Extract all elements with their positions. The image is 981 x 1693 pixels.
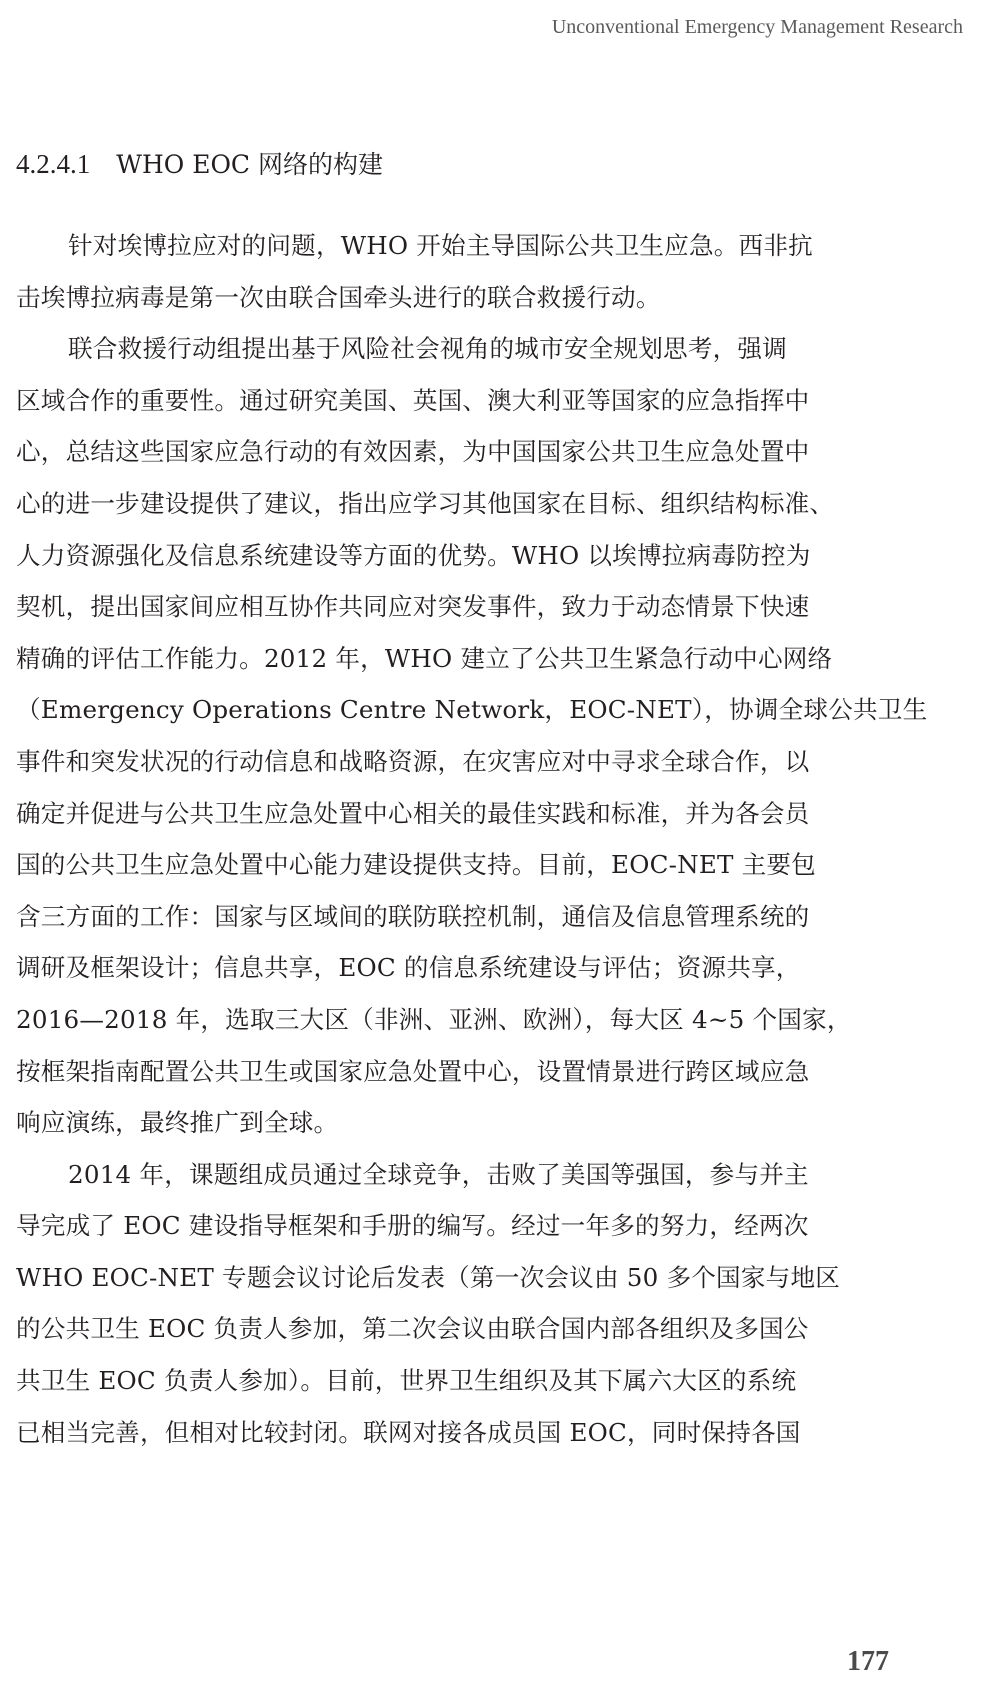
section-number: 4.2.4.1	[16, 149, 90, 179]
paragraph-line: 2014 年，课题组成员通过全球竞争，击败了美国等强国，参与并主	[16, 1149, 966, 1201]
paragraph-line: 的公共卫生 EOC 负责人参加，第二次会议由联合国内部各组织及多国公	[16, 1303, 966, 1355]
paragraph-line: 击埃博拉病毒是第一次由联合国牵头进行的联合救援行动。	[16, 272, 966, 324]
paragraph-line: 人力资源强化及信息系统建设等方面的优势。WHO 以埃博拉病毒防控为	[16, 530, 966, 582]
paragraph-line: 心的进一步建设提供了建议，指出应学习其他国家在目标、组织结构标准、	[16, 478, 966, 530]
paragraph-line: （Emergency Operations Centre Network，EOC…	[16, 684, 966, 736]
paragraph-line: 国的公共卫生应急处置中心能力建设提供支持。目前，EOC-NET 主要包	[16, 839, 966, 891]
paragraph-line: 2016—2018 年，选取三大区（非洲、亚洲、欧洲），每大区 4~5 个国家，	[16, 994, 966, 1046]
paragraph-line: 按框架指南配置公共卫生或国家应急处置中心，设置情景进行跨区域应急	[16, 1046, 966, 1098]
body-text: 针对埃博拉应对的问题，WHO 开始主导国际公共卫生应急。西非抗 击埃博拉病毒是第…	[16, 220, 966, 1458]
paragraph-line: 确定并促进与公共卫生应急处置中心相关的最佳实践和标准，并为各会员	[16, 788, 966, 840]
page-number: 177	[847, 1646, 889, 1678]
paragraph-line: 导完成了 EOC 建设指导框架和手册的编写。经过一年多的努力，经两次	[16, 1200, 966, 1252]
running-header: Unconventional Emergency Management Rese…	[552, 16, 963, 39]
paragraph-line: WHO EOC-NET 专题会议讨论后发表（第一次会议由 50 多个国家与地区	[16, 1252, 966, 1304]
paragraph-line: 精确的评估工作能力。2012 年，WHO 建立了公共卫生紧急行动中心网络	[16, 633, 966, 685]
paragraph-line: 心，总结这些国家应急行动的有效因素，为中国国家公共卫生应急处置中	[16, 426, 966, 478]
paragraph-line: 契机，提出国家间应相互协作共同应对突发事件，致力于动态情景下快速	[16, 581, 966, 633]
paragraph-line: 已相当完善，但相对比较封闭。联网对接各成员国 EOC，同时保持各国	[16, 1407, 966, 1459]
section-heading: 4.2.4.1WHO EOC 网络的构建	[16, 145, 383, 181]
paragraph-line: 响应演练，最终推广到全球。	[16, 1097, 966, 1149]
paragraph-line: 区域合作的重要性。通过研究美国、英国、澳大利亚等国家的应急指挥中	[16, 375, 966, 427]
paragraph-line: 针对埃博拉应对的问题，WHO 开始主导国际公共卫生应急。西非抗	[16, 220, 966, 272]
section-title: WHO EOC 网络的构建	[116, 150, 383, 179]
paragraph-line: 联合救援行动组提出基于风险社会视角的城市安全规划思考，强调	[16, 323, 966, 375]
paragraph-line: 共卫生 EOC 负责人参加）。目前，世界卫生组织及其下属六大区的系统	[16, 1355, 966, 1407]
paragraph-line: 调研及框架设计；信息共享，EOC 的信息系统建设与评估；资源共享，	[16, 942, 966, 994]
paragraph-line: 事件和突发状况的行动信息和战略资源，在灾害应对中寻求全球合作，以	[16, 736, 966, 788]
paragraph-line: 含三方面的工作：国家与区域间的联防联控机制，通信及信息管理系统的	[16, 891, 966, 943]
